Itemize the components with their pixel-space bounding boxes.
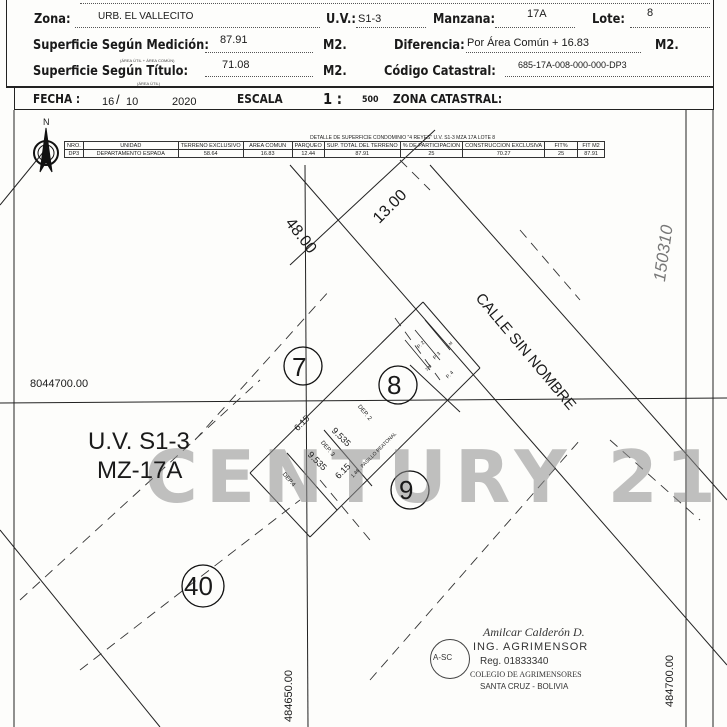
uv-value: S1-3 bbox=[358, 13, 381, 25]
col-construccion: CONSTRUCCION EXCLUSIVA bbox=[463, 142, 545, 150]
zona-catastral-label: ZONA CATASTRAL: bbox=[393, 92, 502, 106]
stamp-badge: A-SC bbox=[433, 653, 452, 662]
stamp-line2: Reg. 01833340 bbox=[480, 656, 548, 667]
manzana-dots bbox=[495, 27, 575, 28]
lot-9: 9 bbox=[399, 475, 413, 506]
diferencia-label: Diferencia: bbox=[394, 38, 465, 53]
lot-8: 8 bbox=[387, 370, 401, 401]
stamp-line3: COLEGIO DE AGRIMENSORES bbox=[470, 670, 582, 679]
fecha-border-right bbox=[713, 88, 714, 110]
cell-participacion: 25 bbox=[400, 150, 462, 158]
m2-label-3: M2. bbox=[323, 64, 347, 79]
col-unidad: UNIDAD bbox=[83, 142, 178, 150]
coord-north: 8044700.00 bbox=[30, 378, 88, 390]
fecha-year: 2020 bbox=[172, 96, 196, 108]
cell-unidad: DEPARTAMENTO ESPADA bbox=[83, 150, 178, 158]
diferencia-value: Por Área Común + 16.83 bbox=[467, 37, 589, 49]
north-arrow bbox=[34, 128, 58, 172]
cadastral-map: CENTURY 21 N 48.00 13.00 CALLE SIN NOMBR… bbox=[0, 110, 727, 727]
col-terreno-exclusivo: TERRENO EXCLUSIVO bbox=[178, 142, 243, 150]
col-fit-m2: FIT M2 bbox=[578, 142, 605, 150]
header-form: Zona: URB. EL VALLECITO U.V.: S1-3 Manza… bbox=[0, 0, 727, 88]
col-nro: NRO. bbox=[65, 142, 84, 150]
codigo-label: Código Catastral: bbox=[384, 64, 496, 79]
surveyor-stamp: A-SC Amilcar Calderón D. ING. AGRIMENSOR… bbox=[425, 625, 605, 700]
fecha-label: FECHA : bbox=[33, 92, 80, 106]
fecha-slash: / bbox=[116, 92, 120, 107]
coord-east-2: 484700.00 bbox=[664, 655, 676, 707]
uv-block-line2: MZ-17A bbox=[97, 457, 182, 485]
col-sup-total: SUP. TOTAL DEL TERRENO bbox=[324, 142, 400, 150]
zona-label: Zona: bbox=[34, 12, 71, 27]
watermark-century21: CENTURY 21 bbox=[145, 435, 724, 519]
cell-terreno: 58.64 bbox=[178, 150, 243, 158]
medicion-value: 87.91 bbox=[220, 34, 248, 46]
north-label: N bbox=[43, 117, 50, 127]
table-row: DP3 DEPARTAMENTO ESPADA 58.64 16.83 12.4… bbox=[65, 150, 605, 158]
uv-dots bbox=[356, 27, 426, 28]
lote-value: 8 bbox=[647, 7, 653, 19]
border-left bbox=[6, 0, 7, 88]
fecha-month: 10 bbox=[126, 96, 138, 108]
m2-label-1: M2. bbox=[323, 38, 347, 53]
diferencia-dots bbox=[466, 52, 641, 53]
titulo-label: Superficie Según Título: bbox=[33, 64, 188, 79]
map-drawing bbox=[0, 110, 727, 727]
escala-label: ESCALA bbox=[237, 92, 283, 106]
lote-label: Lote: bbox=[592, 12, 625, 27]
escala-ratio: 1 : bbox=[323, 90, 342, 108]
col-participacion: % DE PARTICIPACION bbox=[400, 142, 462, 150]
escala-value: 500 bbox=[362, 95, 379, 105]
cell-area-comun: 16.83 bbox=[243, 150, 292, 158]
zona-dots bbox=[75, 27, 320, 28]
titulo-dots bbox=[205, 76, 313, 77]
detail-table-header: NRO. UNIDAD TERRENO EXCLUSIVO AREA COMUN… bbox=[65, 142, 605, 150]
fecha-row: FECHA : 16 / 10 2020 ESCALA 1 : 500 ZONA… bbox=[0, 88, 727, 110]
stamp-line4: SANTA CRUZ - BOLIVIA bbox=[480, 682, 568, 691]
cell-construccion: 70.27 bbox=[463, 150, 545, 158]
detail-table: DETALLE DE SUPERFICIE CONDOMINIO "4 REYE… bbox=[64, 135, 605, 158]
titulo-value: 71.08 bbox=[222, 59, 250, 71]
lote-dots bbox=[630, 27, 710, 28]
uv-block-line1: U.V. S1-3 bbox=[88, 428, 190, 456]
lot-40: 40 bbox=[184, 571, 213, 602]
zona-value: URB. EL VALLECITO bbox=[98, 11, 193, 22]
fecha-day: 16 bbox=[102, 96, 114, 108]
m2-label-2: M2. bbox=[655, 38, 679, 53]
stamp-signature: Amilcar Calderón D. bbox=[483, 625, 585, 640]
codigo-value: 685-17A-008-000-000-DP3 bbox=[518, 60, 627, 70]
top-dotted-line bbox=[80, 3, 710, 4]
col-parqueo: PARQUEO bbox=[292, 142, 324, 150]
coord-east-1: 484650.00 bbox=[283, 670, 295, 722]
medicion-dots bbox=[205, 52, 313, 53]
medicion-note: (ÁREA ÚTIL + ÁREA COMÚN) bbox=[120, 58, 174, 63]
codigo-dots bbox=[505, 76, 710, 77]
detail-table-title: DETALLE DE SUPERFICIE CONDOMINIO "4 REYE… bbox=[64, 135, 605, 141]
col-fit-pct: FIT% bbox=[545, 142, 578, 150]
cell-nro: DP3 bbox=[65, 150, 84, 158]
manzana-label: Manzana: bbox=[433, 12, 495, 27]
fecha-border-left bbox=[14, 88, 15, 110]
lot-7: 7 bbox=[292, 352, 306, 383]
cell-fit-pct: 25 bbox=[545, 150, 578, 158]
medicion-label: Superficie Según Medición: bbox=[33, 38, 209, 53]
col-area-comun: AREA COMUN bbox=[243, 142, 292, 150]
cell-parqueo: 12.44 bbox=[292, 150, 324, 158]
manzana-value: 17A bbox=[527, 8, 547, 20]
cell-fit-m2: 87.91 bbox=[578, 150, 605, 158]
border-right bbox=[713, 0, 714, 88]
uv-label: U.V.: bbox=[326, 12, 356, 27]
stamp-line1: ING. AGRIMENSOR bbox=[473, 641, 588, 653]
cell-sup-total: 87.91 bbox=[324, 150, 400, 158]
